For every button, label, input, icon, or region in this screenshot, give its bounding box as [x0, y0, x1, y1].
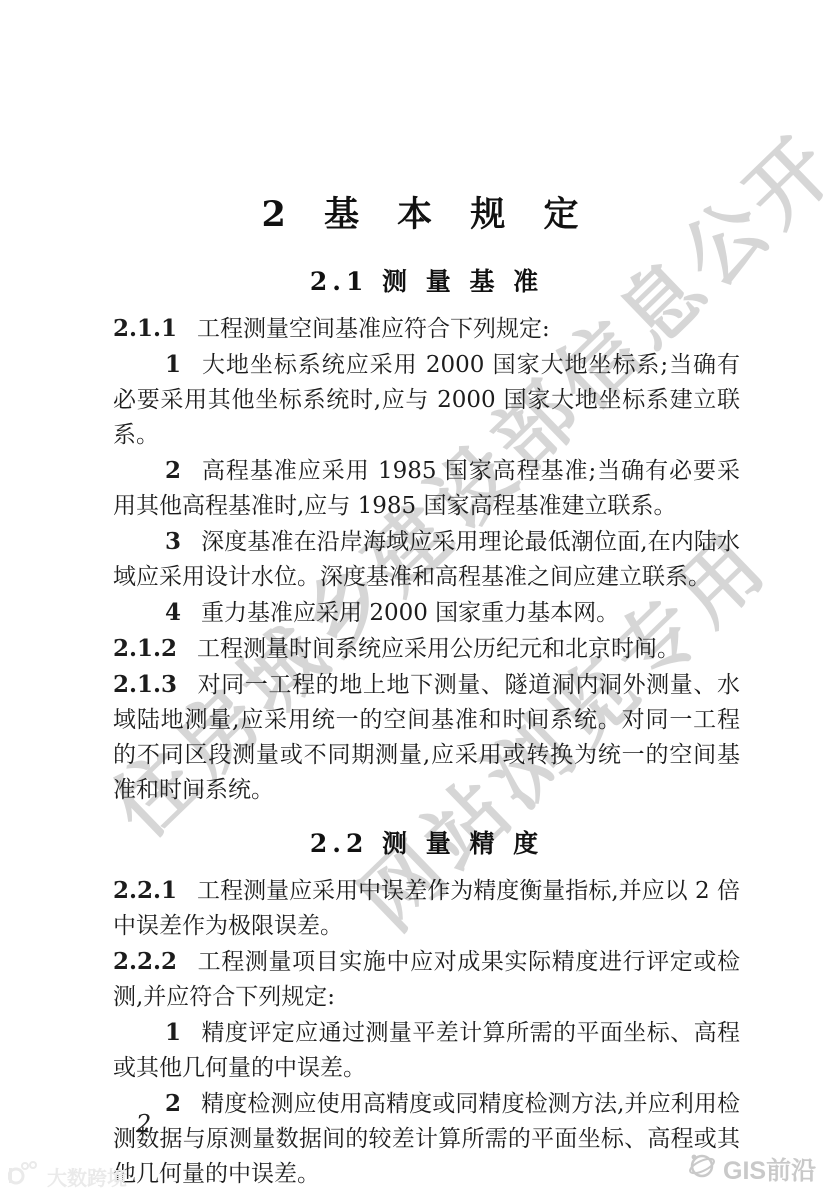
gis-globe-icon	[686, 1150, 716, 1187]
clause-text: 对同一工程的地上地下测量、隧道洞内洞外测量、水域陆地测量,应采用统一的空间基准和…	[113, 672, 740, 803]
list-item-1: 1精度评定应通过测量平差计算所需的平面坐标、高程或其他几何量的中误差。	[113, 1015, 740, 1086]
item-text: 重力基准应采用 2000 国家重力基本网。	[201, 600, 619, 626]
clause-text: 工程测量应采用中误差作为精度衡量指标,并应以 2 倍中误差作为极限误差。	[113, 878, 740, 939]
chapter-title: 2 基 本 规 定	[113, 194, 740, 236]
item-text: 精度检测应使用高精度或同精度检测方法,并应利用检测数据与原测量数据间的较差计算所…	[113, 1091, 740, 1187]
clause-text: 工程测量空间基准应符合下列规定:	[197, 316, 550, 342]
item-number: 1	[165, 1019, 181, 1046]
item-text: 大地坐标系统应采用 2000 国家大地坐标系;当确有必要采用其他坐标系统时,应与…	[113, 352, 740, 448]
list-item-2: 2精度检测应使用高精度或同精度检测方法,并应利用检测数据与原测量数据间的较差计算…	[113, 1086, 740, 1192]
clause-number: 2.2.2	[113, 948, 177, 975]
document-content: 2 基 本 规 定 2.1 测 量 基 准 2.1.1工程测量空间基准应符合下列…	[113, 194, 740, 1192]
corner-logo-label: 大数跨境	[47, 1162, 127, 1191]
page-number: 2	[136, 1110, 151, 1138]
clause-2-1-1: 2.1.1工程测量空间基准应符合下列规定:	[113, 311, 740, 347]
clause-2-1-2: 2.1.2工程测量时间系统应采用公历纪元和北京时间。	[113, 631, 740, 667]
item-number: 3	[165, 528, 181, 555]
clause-2-2-1: 2.2.1工程测量应采用中误差作为精度衡量指标,并应以 2 倍中误差作为极限误差…	[113, 873, 740, 944]
list-item-3: 3深度基准在沿岸海域应采用理论最低潮位面,在内陆水域应采用设计水位。深度基准和高…	[113, 524, 740, 595]
section-heading-2-1: 2.1 测 量 基 准	[113, 266, 740, 298]
clause-number: 2.1.2	[113, 635, 177, 662]
clause-number: 2.1.3	[113, 671, 177, 698]
section-heading-2-2: 2.2 测 量 精 度	[113, 828, 740, 860]
document-page: 住房城乡建设部信息公开 网站浏览专用 2 基 本 规 定 2.1 测 量 基 准…	[0, 0, 828, 1198]
clause-number: 2.2.1	[113, 877, 177, 904]
list-item-1: 1大地坐标系统应采用 2000 国家大地坐标系;当确有必要采用其他坐标系统时,应…	[113, 347, 740, 453]
corner-logo: 大数跨境	[8, 1160, 127, 1192]
brand-label: GIS前沿	[723, 1151, 816, 1187]
clause-2-1-3: 2.1.3对同一工程的地上地下测量、隧道洞内洞外测量、水域陆地测量,应采用统一的…	[113, 667, 740, 808]
big-data-logo-icon	[8, 1160, 42, 1192]
item-text: 高程基准应采用 1985 国家高程基准;当确有必要采用其他高程基准时,应与 19…	[113, 458, 740, 519]
list-item-4: 4重力基准应采用 2000 国家重力基本网。	[113, 595, 740, 631]
list-item-2: 2高程基准应采用 1985 国家高程基准;当确有必要采用其他高程基准时,应与 1…	[113, 453, 740, 524]
item-number: 2	[165, 1090, 181, 1117]
item-number: 4	[165, 599, 181, 626]
item-text: 深度基准在沿岸海域应采用理论最低潮位面,在内陆水域应采用设计水位。深度基准和高程…	[113, 529, 740, 590]
clause-text: 工程测量项目实施中应对成果实际精度进行评定或检测,并应符合下列规定:	[113, 949, 740, 1010]
item-number: 1	[165, 351, 181, 378]
clause-number: 2.1.1	[113, 315, 177, 342]
item-text: 精度评定应通过测量平差计算所需的平面坐标、高程或其他几何量的中误差。	[113, 1020, 740, 1081]
item-number: 2	[165, 457, 181, 484]
clause-2-2-2: 2.2.2工程测量项目实施中应对成果实际精度进行评定或检测,并应符合下列规定:	[113, 944, 740, 1015]
brand-mark: GIS前沿	[686, 1150, 816, 1187]
clause-text: 工程测量时间系统应采用公历纪元和北京时间。	[197, 636, 680, 662]
